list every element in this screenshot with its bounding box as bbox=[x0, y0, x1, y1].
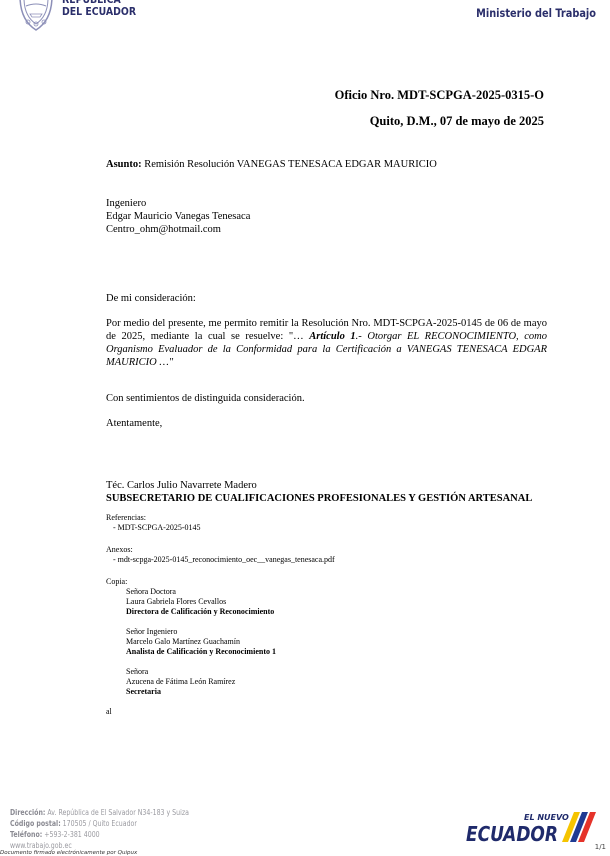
copy-name: Laura Gabriela Flores Cevallos bbox=[126, 597, 276, 607]
subject-text: Remisión Resolución VANEGAS TENESACA EDG… bbox=[142, 159, 437, 170]
recipient-title: Ingeniero bbox=[106, 197, 250, 210]
copy-title: Señora bbox=[126, 667, 276, 677]
republic-line2: DEL ECUADOR bbox=[62, 6, 136, 18]
subject-label: Asunto: bbox=[106, 159, 142, 170]
page-number: 1/1 bbox=[595, 843, 606, 851]
phone-label: Teléfono: bbox=[10, 830, 42, 839]
copy-item: Señora Doctora Laura Gabriela Flores Cev… bbox=[106, 587, 276, 617]
closing: Con sentimientos de distinguida consider… bbox=[106, 392, 305, 405]
copy-role: Analista de Calificación y Reconocimient… bbox=[126, 647, 276, 657]
postal-text: 170505 / Quito Ecuador bbox=[61, 819, 137, 828]
copy-title: Señor Ingeniero bbox=[126, 627, 276, 637]
copy-name: Marcelo Galo Martínez Guachamín bbox=[126, 637, 276, 647]
oficio-number: Oficio Nro. MDT-SCPGA-2025-0315-O bbox=[335, 88, 544, 103]
copy-role: Directora de Calificación y Reconocimien… bbox=[126, 607, 276, 617]
article-label: Artículo 1 bbox=[309, 331, 355, 342]
republic-title: REPÚBLICA DEL ECUADOR bbox=[62, 0, 136, 18]
recipient-email: Centro_ohm@hotmail.com bbox=[106, 223, 250, 236]
postal-label: Código postal: bbox=[10, 819, 61, 828]
svg-text:ECUADOR: ECUADOR bbox=[466, 822, 558, 846]
ministry-name: Ministerio del Trabajo bbox=[476, 6, 596, 20]
phone-text: +593-2-381 4000 bbox=[42, 830, 99, 839]
recipient-name: Edgar Mauricio Vanegas Tenesaca bbox=[106, 210, 250, 223]
address-label: Dirección: bbox=[10, 808, 45, 817]
copy-title: Señora Doctora bbox=[126, 587, 276, 597]
signer-position: SUBSECRETARIO DE CUALIFICACIONES PROFESI… bbox=[106, 492, 532, 505]
address-text: Av. República de El Salvador N34-183 y S… bbox=[45, 808, 189, 817]
annex-item[interactable]: - mdt-scpga-2025-0145_reconocimiento_oec… bbox=[106, 555, 335, 565]
copies-label: Copia: bbox=[106, 577, 276, 587]
initials: al bbox=[106, 707, 112, 717]
footer-address: Dirección: Av. República de El Salvador … bbox=[10, 807, 189, 818]
references-label: Referencias: bbox=[106, 513, 201, 523]
recipient-block: Ingeniero Edgar Mauricio Vanegas Tenesac… bbox=[106, 197, 250, 236]
signed-note: Documento firmado electrónicamente por Q… bbox=[0, 850, 137, 856]
copy-item: Señora Azucena de Fátima León Ramírez Se… bbox=[106, 667, 276, 697]
copy-role: Secretaria bbox=[126, 687, 276, 697]
references-block: Referencias: - MDT-SCPGA-2025-0145 bbox=[106, 513, 201, 533]
footer-postal: Código postal: 170505 / Quito Ecuador bbox=[10, 818, 189, 829]
signer-block: Téc. Carlos Julio Navarrete Madero SUBSE… bbox=[106, 479, 532, 505]
coat-of-arms-logo bbox=[14, 0, 58, 32]
subject-line: Asunto: Remisión Resolución VANEGAS TENE… bbox=[106, 158, 437, 171]
body-paragraph: Por medio del presente, me permito remit… bbox=[106, 317, 547, 369]
document-date: Quito, D.M., 07 de mayo de 2025 bbox=[370, 114, 544, 129]
signer-name: Téc. Carlos Julio Navarrete Madero bbox=[106, 479, 532, 492]
svg-text:EL NUEVO: EL NUEVO bbox=[524, 813, 569, 822]
footer-contact: Dirección: Av. República de El Salvador … bbox=[10, 807, 189, 851]
sign-off: Atentamente, bbox=[106, 417, 162, 430]
footer-phone: Teléfono: +593-2-381 4000 bbox=[10, 829, 189, 840]
copies-block: Copia: Señora Doctora Laura Gabriela Flo… bbox=[106, 577, 276, 697]
annexes-label: Anexos: bbox=[106, 545, 335, 555]
greeting: De mi consideración: bbox=[106, 292, 196, 305]
reference-item: - MDT-SCPGA-2025-0145 bbox=[106, 523, 201, 533]
el-nuevo-ecuador-logo: EL NUEVO ECUADOR bbox=[466, 808, 596, 846]
copy-item: Señor Ingeniero Marcelo Galo Martínez Gu… bbox=[106, 627, 276, 657]
copy-name: Azucena de Fátima León Ramírez bbox=[126, 677, 276, 687]
annexes-block: Anexos: - mdt-scpga-2025-0145_reconocimi… bbox=[106, 545, 335, 565]
